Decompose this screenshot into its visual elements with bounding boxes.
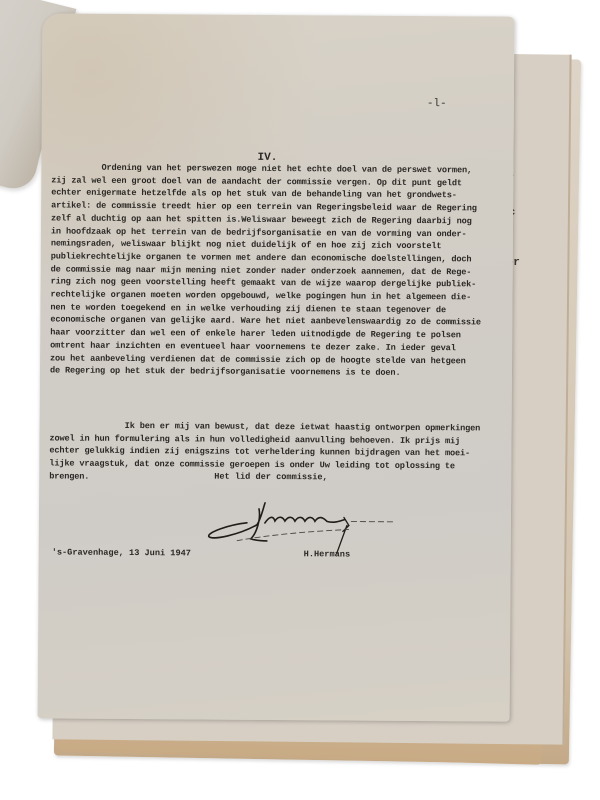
place-and-date: 's-Gravenhage, 13 Juni 1947 [52, 547, 191, 558]
signer-name: H.Hermans [304, 549, 350, 559]
closing-salutation: Het lid der commissie, [214, 472, 328, 483]
page-number-mark: -l- [427, 98, 447, 110]
typed-letter-page: -l- IV. Ordening van het perswezen moge … [38, 13, 515, 721]
paragraph-ordening: Ordening van het perswezen moge niet het… [50, 161, 496, 380]
handwritten-signature [199, 494, 399, 555]
